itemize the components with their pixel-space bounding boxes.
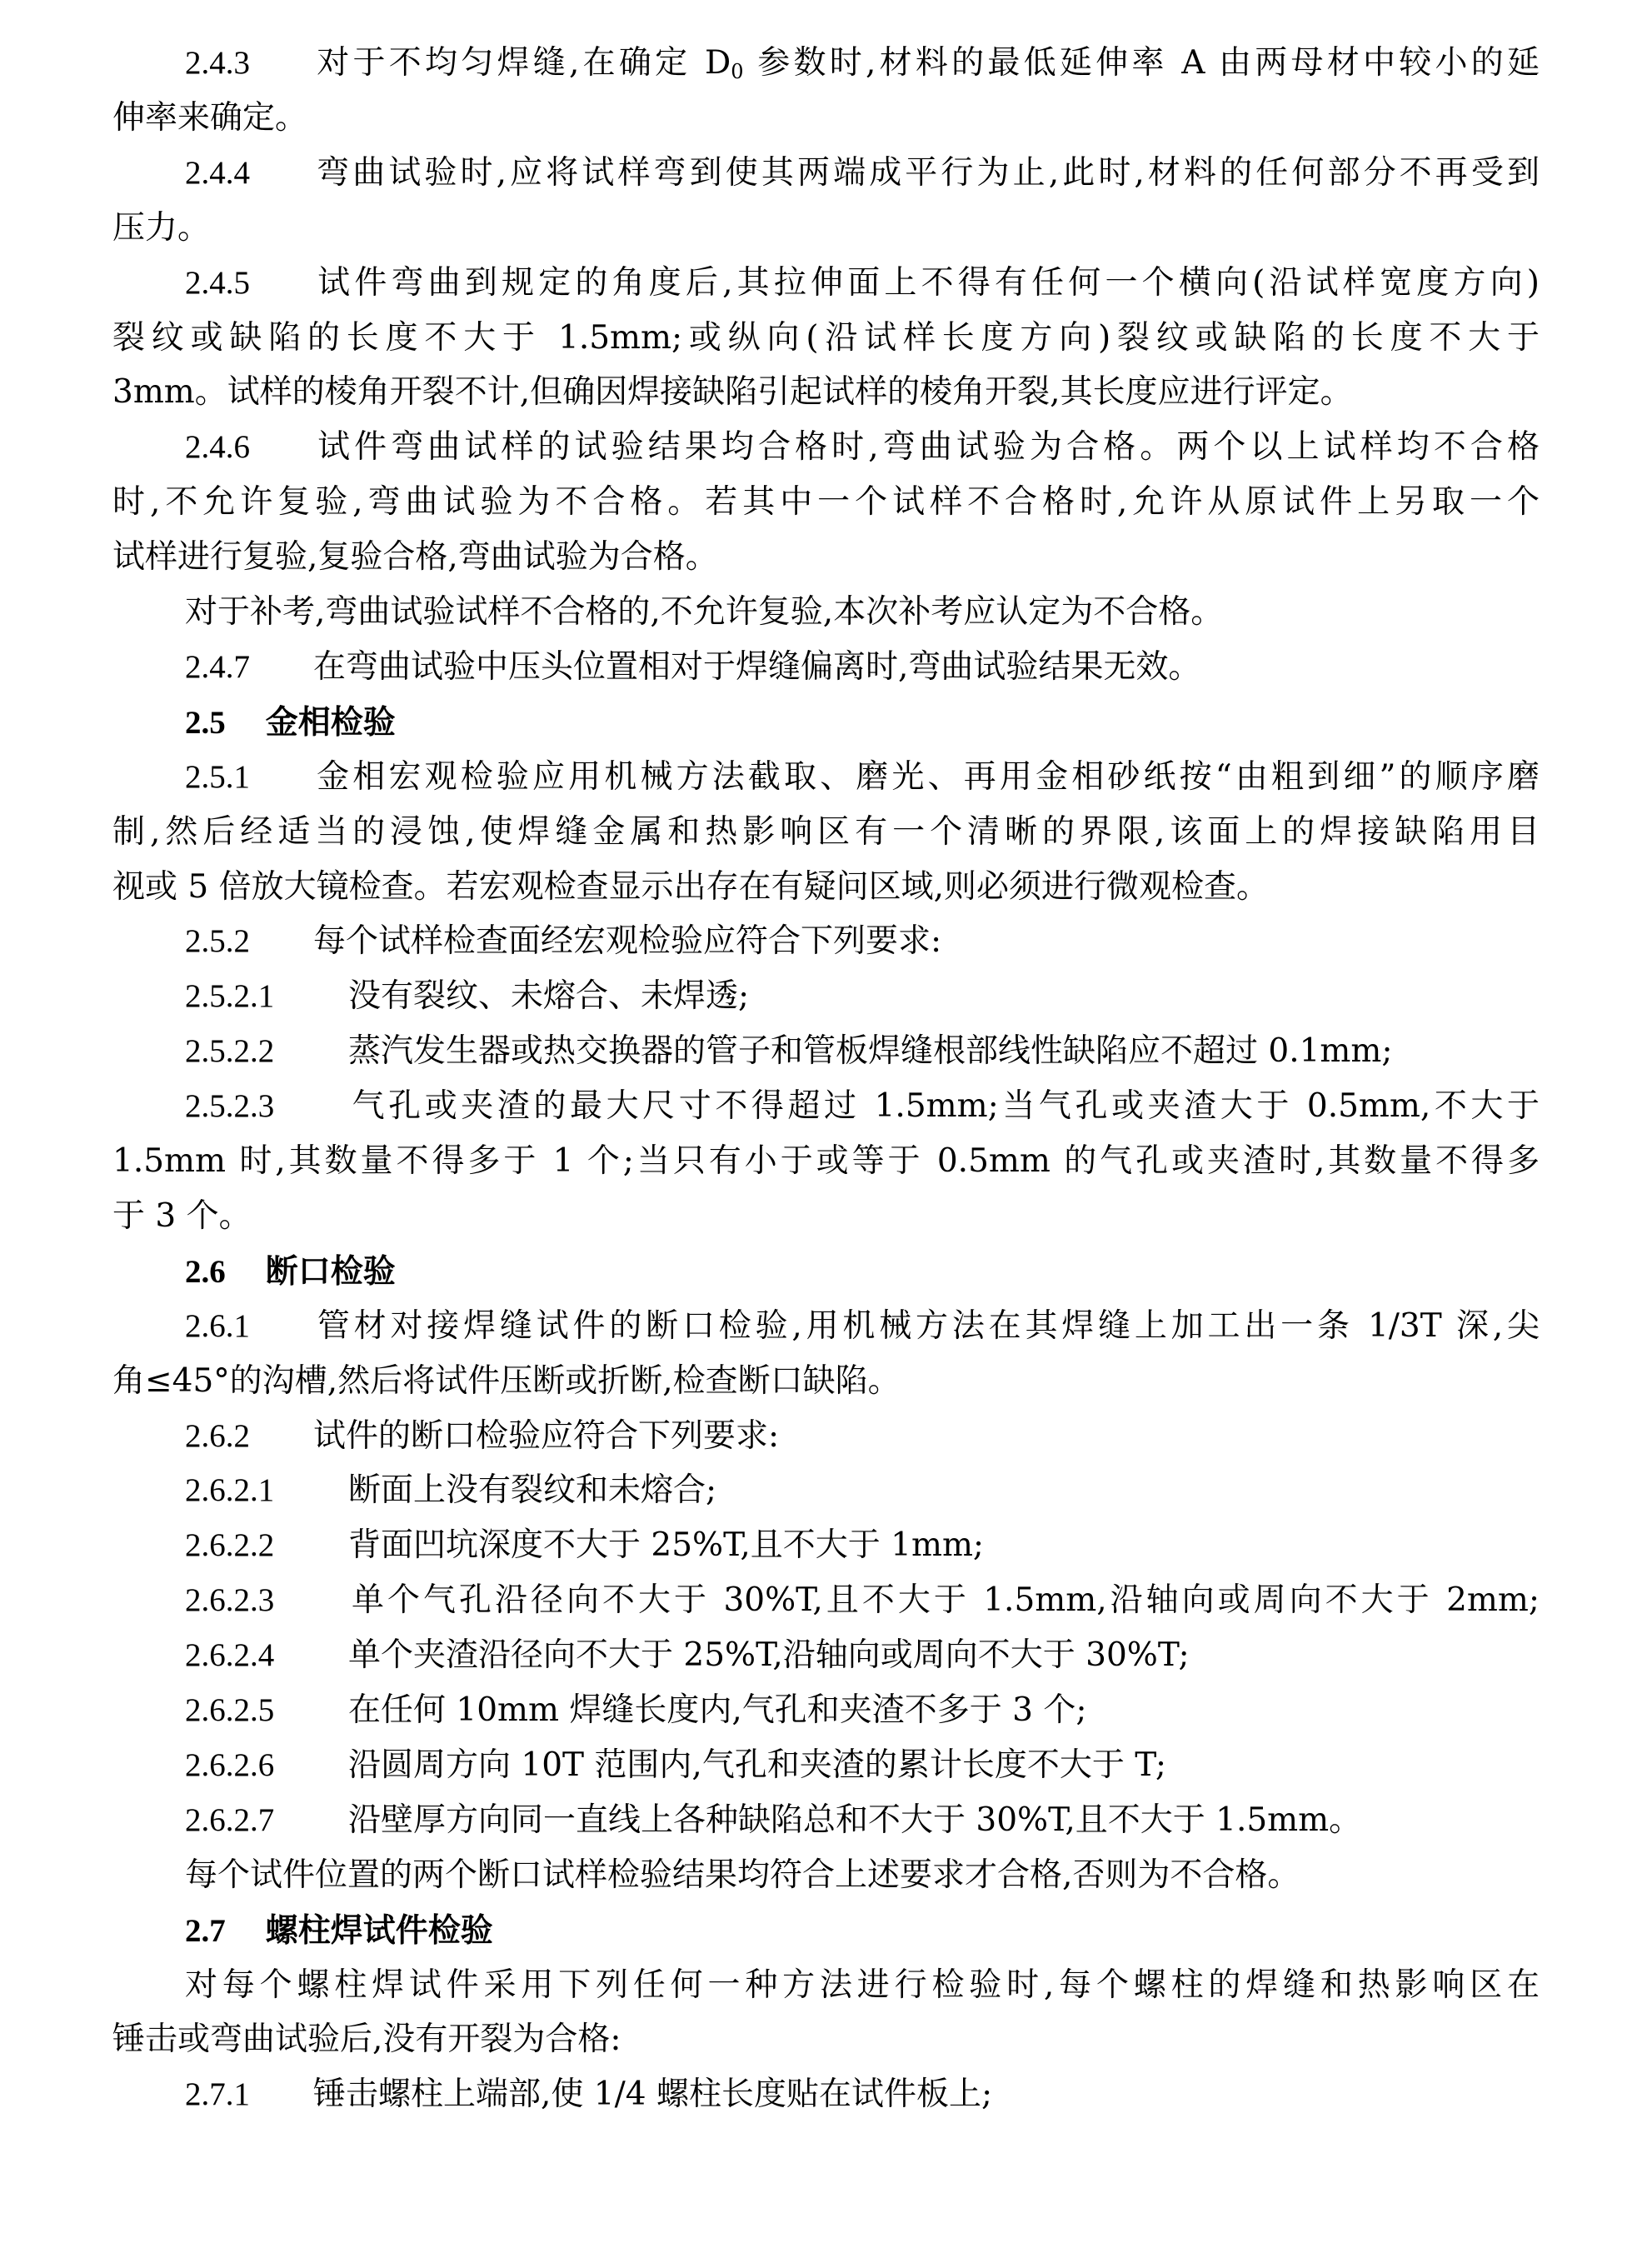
clause-number: 2.6.2.3 <box>185 1577 320 1624</box>
paragraph-line: 2.4.5试件弯曲到规定的角度后,其拉伸面上不得有任何一个横向(沿试样宽度方向) <box>185 260 1540 307</box>
section-heading: 2.6断口检验 <box>185 1248 396 1295</box>
clause-number: 2.6.2.1 <box>185 1467 320 1514</box>
paragraph-line: 2.6.2.4单个夹渣沿径向不大于 25%T,沿轴向或周向不大于 30%T; <box>185 1632 1190 1679</box>
paragraph-line: 2.6.2试件的断口检验应符合下列要求: <box>185 1413 779 1460</box>
line-text: 对于补考,弯曲试验试样不合格的,不允许复验,本次补考应认定为不合格。 <box>185 593 1223 631</box>
paragraph-line: 2.6.2.3单个气孔沿径向不大于 30%T,且不大于 1.5mm,沿轴向或周向… <box>185 1577 1540 1624</box>
clause-number: 2.7.1 <box>185 2071 285 2118</box>
line-text: 时,不允许复验,弯曲试验为不合格。若其中一个试样不合格时,允许从原试件上另取一个 <box>112 483 1540 521</box>
line-text: 角≤45°的沟槽,然后将试件压断或折断,检查断口缺陷。 <box>112 1362 901 1400</box>
line-text: 裂纹或缺陷的长度不大于 1.5mm;或纵向(沿试样长度方向)裂纹或缺陷的长度不大… <box>112 319 1540 357</box>
paragraph-line: 3mm。试样的棱角开裂不计,但确因焊接缺陷引起试样的棱角开裂,其长度应进行评定。 <box>112 369 1353 416</box>
line-text: 金相宏观检验应用机械方法截取、磨光、再用金相砂纸按“由粗到细”的顺序磨 <box>313 758 1540 796</box>
paragraph-line: 伸率来确定。 <box>112 95 307 142</box>
clause-number: 2.6.2.5 <box>185 1687 320 1734</box>
clause-number: 2.6.1 <box>185 1303 285 1350</box>
paragraph-line: 1.5mm 时,其数量不得多于 1 个;当只有小于或等于 0.5mm 的气孔或夹… <box>112 1138 1540 1185</box>
paragraph-line: 制,然后经适当的浸蚀,使焊缝金属和热影响区有一个清晰的界限,该面上的焊接缺陷用目 <box>112 809 1540 856</box>
clause-number: 2.6 <box>185 1249 226 1296</box>
line-text: 1.5mm 时,其数量不得多于 1 个;当只有小于或等于 0.5mm 的气孔或夹… <box>112 1142 1540 1180</box>
line-text: 沿壁厚方向同一直线上各种缺陷总和不大于 30%T,且不大于 1.5mm。 <box>348 1801 1361 1839</box>
paragraph-line: 2.4.6试件弯曲试样的试验结果均合格时,弯曲试验为合格。两个以上试样均不合格 <box>185 424 1540 471</box>
line-text: 沿圆周方向 10T 范围内,气孔和夹渣的累计长度不大于 T; <box>348 1746 1166 1784</box>
paragraph-line: 对于补考,弯曲试验试样不合格的,不允许复验,本次补考应认定为不合格。 <box>185 589 1223 636</box>
line-text: 锤击螺柱上端部,使 1/4 螺柱长度贴在试件板上; <box>313 2076 992 2113</box>
paragraph-line: 2.7.1锤击螺柱上端部,使 1/4 螺柱长度贴在试件板上; <box>185 2071 992 2118</box>
line-text: 断面上没有裂纹和未熔合; <box>348 1471 716 1509</box>
paragraph-line: 2.6.2.7沿壁厚方向同一直线上各种缺陷总和不大于 30%T,且不大于 1.5… <box>185 1797 1361 1844</box>
line-text: 试件弯曲到规定的角度后,其拉伸面上不得有任何一个横向(沿试样宽度方向) <box>313 264 1540 302</box>
paragraph-line: 2.6.2.2背面凹坑深度不大于 25%T,且不大于 1mm; <box>185 1522 984 1569</box>
heading-text: 螺柱焊试件检验 <box>266 1912 493 1950</box>
clause-number: 2.5.2.2 <box>185 1028 320 1075</box>
heading-text: 断口检验 <box>266 1253 396 1291</box>
clause-number: 2.5.2.1 <box>185 973 320 1020</box>
line-text: 锤击或弯曲试验后,没有开裂为合格: <box>112 2021 621 2058</box>
paragraph-line: 锤击或弯曲试验后,没有开裂为合格: <box>112 2016 621 2063</box>
line-text: 对每个螺柱焊试件采用下列任何一种方法进行检验时,每个螺柱的焊缝和热影响区在 <box>185 1966 1540 2004</box>
paragraph-line: 2.4.4弯曲试验时,应将试样弯到使其两端成平行为止,此时,材料的任何部分不再受… <box>185 150 1540 197</box>
line-text: 在任何 10mm 焊缝长度内,气孔和夹渣不多于 3 个; <box>348 1691 1087 1729</box>
line-text: 弯曲试验时,应将试样弯到使其两端成平行为止,此时,材料的任何部分不再受到 <box>313 154 1540 192</box>
paragraph-line: 2.4.7在弯曲试验中压头位置相对于焊缝偏离时,弯曲试验结果无效。 <box>185 644 1200 691</box>
paragraph-line: 2.6.2.5在任何 10mm 焊缝长度内,气孔和夹渣不多于 3 个; <box>185 1687 1087 1734</box>
line-text: 试样进行复验,复验合格,弯曲试验为合格。 <box>112 538 718 576</box>
paragraph-line: 2.5.2.2蒸汽发生器或热交换器的管子和管板焊缝根部线性缺陷应不超过 0.1m… <box>185 1028 1393 1075</box>
line-text: 视或 5 倍放大镜检查。若宏观检查显示出存在有疑问区域,则必须进行微观检查。 <box>112 868 1269 906</box>
line-text: 试件的断口检验应符合下列要求: <box>313 1417 779 1455</box>
line-text: 单个气孔沿径向不大于 30%T,且不大于 1.5mm,沿轴向或周向不大于 2mm… <box>348 1581 1540 1619</box>
paragraph-line: 2.6.2.1断面上没有裂纹和未熔合; <box>185 1467 716 1514</box>
line-text: 在弯曲试验中压头位置相对于焊缝偏离时,弯曲试验结果无效。 <box>313 648 1200 686</box>
clause-number: 2.4.6 <box>185 424 285 471</box>
clause-number: 2.4.7 <box>185 644 285 691</box>
clause-number: 2.5.2.3 <box>185 1083 320 1130</box>
line-text: 3mm。试样的棱角开裂不计,但确因焊接缺陷引起试样的棱角开裂,其长度应进行评定。 <box>112 373 1353 411</box>
paragraph-line: 每个试件位置的两个断口试样检验结果均符合上述要求才合格,否则为不合格。 <box>185 1852 1300 1899</box>
paragraph-line: 试样进行复验,复验合格,弯曲试验为合格。 <box>112 534 718 581</box>
clause-number: 2.5 <box>185 700 226 747</box>
paragraph-line: 2.5.2每个试样检查面经宏观检验应符合下列要求: <box>185 918 941 965</box>
paragraph-line: 视或 5 倍放大镜检查。若宏观检查显示出存在有疑问区域,则必须进行微观检查。 <box>112 864 1269 911</box>
paragraph-line: 2.5.2.1没有裂纹、未熔合、未焊透; <box>185 973 749 1020</box>
paragraph-line: 于 3 个。 <box>112 1193 252 1240</box>
clause-number: 2.4.4 <box>185 150 285 197</box>
line-text: 对于不均匀焊缝,在确定 D <box>313 44 731 82</box>
line-text: 制,然后经适当的浸蚀,使焊缝金属和热影响区有一个清晰的界限,该面上的焊接缺陷用目 <box>112 813 1540 851</box>
clause-number: 2.6.2.2 <box>185 1522 320 1569</box>
paragraph-line: 裂纹或缺陷的长度不大于 1.5mm;或纵向(沿试样长度方向)裂纹或缺陷的长度不大… <box>112 315 1540 362</box>
line-text: 气孔或夹渣的最大尺寸不得超过 1.5mm;当气孔或夹渣大于 0.5mm,不大于 <box>348 1087 1540 1125</box>
line-text: 单个夹渣沿径向不大于 25%T,沿轴向或周向不大于 30%T; <box>348 1636 1190 1674</box>
line-text: 伸率来确定。 <box>112 99 307 137</box>
heading-text: 金相检验 <box>266 704 396 742</box>
line-text: 管材对接焊缝试件的断口检验,用机械方法在其焊缝上加工出一条 1/3T 深,尖 <box>313 1307 1540 1345</box>
clause-number: 2.6.2.6 <box>185 1742 320 1789</box>
line-text: 背面凹坑深度不大于 25%T,且不大于 1mm; <box>348 1526 984 1564</box>
paragraph-line: 角≤45°的沟槽,然后将试件压断或折断,检查断口缺陷。 <box>112 1358 901 1405</box>
clause-number: 2.6.2.4 <box>185 1632 320 1679</box>
line-text: 蒸汽发生器或热交换器的管子和管板焊缝根部线性缺陷应不超过 0.1mm; <box>348 1032 1393 1070</box>
line-text: 压力。 <box>112 209 210 247</box>
section-heading: 2.5金相检验 <box>185 699 396 746</box>
line-text-continued: 参数时,材料的最低延伸率 A 由两母材中较小的延 <box>744 44 1540 82</box>
paragraph-line: 时,不允许复验,弯曲试验为不合格。若其中一个试样不合格时,允许从原试件上另取一个 <box>112 479 1540 526</box>
clause-number: 2.4.3 <box>185 40 285 87</box>
document-page: 2.4.3对于不均匀焊缝,在确定 D0 参数时,材料的最低延伸率 A 由两母材中… <box>0 0 1652 2243</box>
paragraph-line: 2.6.2.6沿圆周方向 10T 范围内,气孔和夹渣的累计长度不大于 T; <box>185 1742 1166 1789</box>
clause-number: 2.4.5 <box>185 260 285 307</box>
clause-number: 2.5.2 <box>185 918 285 965</box>
clause-number: 2.7 <box>185 1908 226 1955</box>
clause-number: 2.6.2.7 <box>185 1797 320 1844</box>
line-text: 试件弯曲试样的试验结果均合格时,弯曲试验为合格。两个以上试样均不合格 <box>313 428 1540 466</box>
paragraph-line: 2.5.2.3气孔或夹渣的最大尺寸不得超过 1.5mm;当气孔或夹渣大于 0.5… <box>185 1083 1540 1130</box>
subscript: 0 <box>731 60 743 83</box>
paragraph-line: 2.5.1金相宏观检验应用机械方法截取、磨光、再用金相砂纸按“由粗到细”的顺序磨 <box>185 754 1540 801</box>
line-text: 没有裂纹、未熔合、未焊透; <box>348 977 749 1015</box>
paragraph-line: 2.6.1管材对接焊缝试件的断口检验,用机械方法在其焊缝上加工出一条 1/3T … <box>185 1303 1540 1350</box>
line-text: 每个试样检查面经宏观检验应符合下列要求: <box>313 922 941 960</box>
clause-number: 2.5.1 <box>185 754 285 801</box>
line-text: 于 3 个。 <box>112 1197 252 1235</box>
paragraph-line: 对每个螺柱焊试件采用下列任何一种方法进行检验时,每个螺柱的焊缝和热影响区在 <box>185 1962 1540 2009</box>
paragraph-line: 2.4.3对于不均匀焊缝,在确定 D0 参数时,材料的最低延伸率 A 由两母材中… <box>185 40 1540 87</box>
line-text: 每个试件位置的两个断口试样检验结果均符合上述要求才合格,否则为不合格。 <box>185 1856 1300 1894</box>
paragraph-line: 压力。 <box>112 205 210 252</box>
clause-number: 2.6.2 <box>185 1413 285 1460</box>
section-heading: 2.7螺柱焊试件检验 <box>185 1907 493 1954</box>
